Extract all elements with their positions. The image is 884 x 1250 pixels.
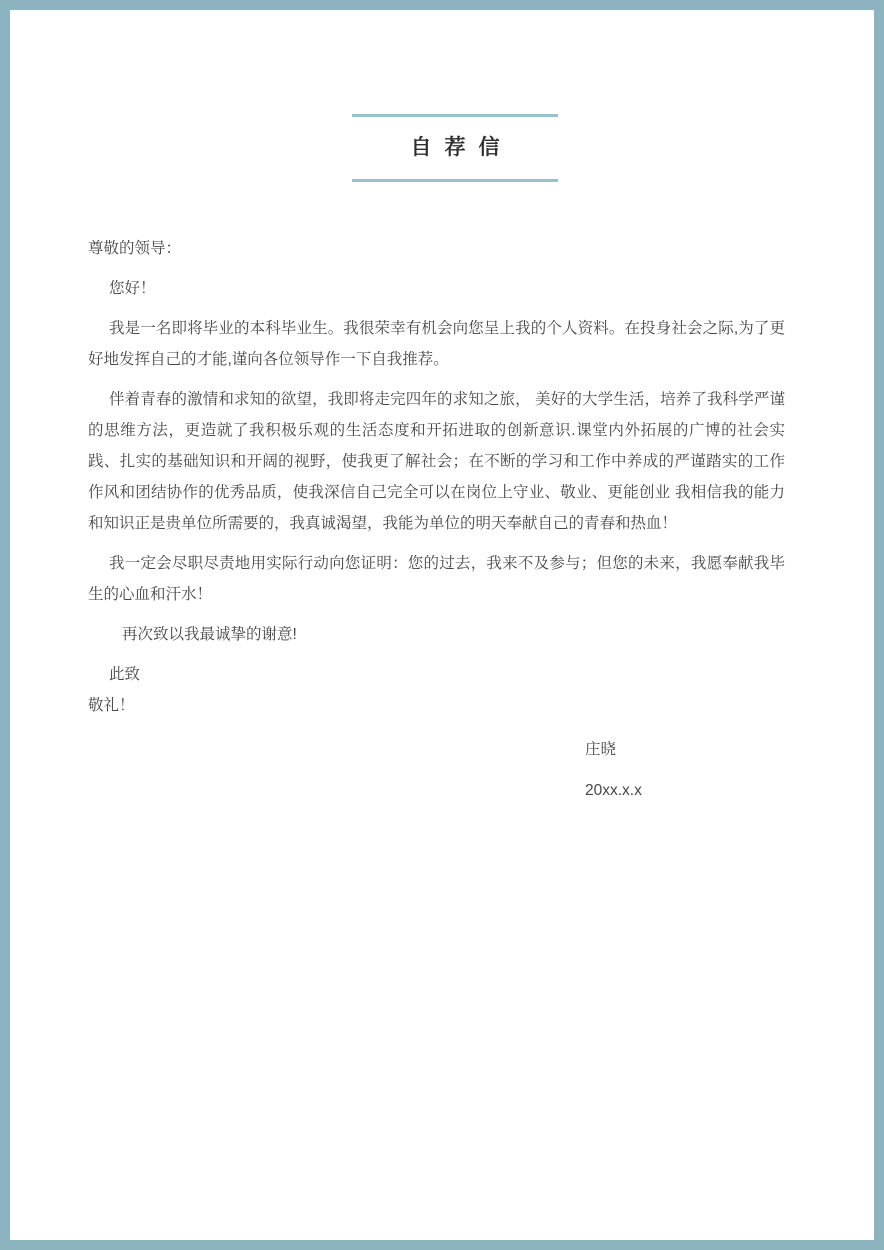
signature-name: 庄晓 xyxy=(585,734,785,765)
title-block: 自荐信 xyxy=(352,114,558,182)
paragraph-promise: 我一定会尽职尽责地用实际行动向您证明：您的过去，我来不及参与；但您的未来，我愿奉… xyxy=(88,548,785,610)
paragraph-experience: 伴着青春的激情和求知的欲望，我即将走完四年的求知之旅， 美好的大学生活，培养了我… xyxy=(88,384,785,539)
salutation: 尊敬的领导： xyxy=(88,233,785,264)
closing-cizhi: 此致 xyxy=(88,659,785,690)
greeting: 您好！ xyxy=(88,273,785,304)
letter-page: { "header": { "title": "自荐信" }, "letter"… xyxy=(0,0,884,1250)
paragraph-intro: 我是一名即将毕业的本科毕业生。我很荣幸有机会向您呈上我的个人资料。在投身社会之际… xyxy=(88,313,785,375)
signature-block: 庄晓 20xx.x.x xyxy=(585,734,785,806)
closing-jingli: 敬礼！ xyxy=(88,690,785,721)
signature-date: 20xx.x.x xyxy=(585,775,785,806)
title-bottom-rule xyxy=(352,179,558,182)
thanks-line: 再次致以我最诚挚的谢意! xyxy=(88,619,785,650)
page-title: 自荐信 xyxy=(352,117,558,179)
letter-body: 尊敬的领导： 您好！ 我是一名即将毕业的本科毕业生。我很荣幸有机会向您呈上我的个… xyxy=(10,182,874,806)
